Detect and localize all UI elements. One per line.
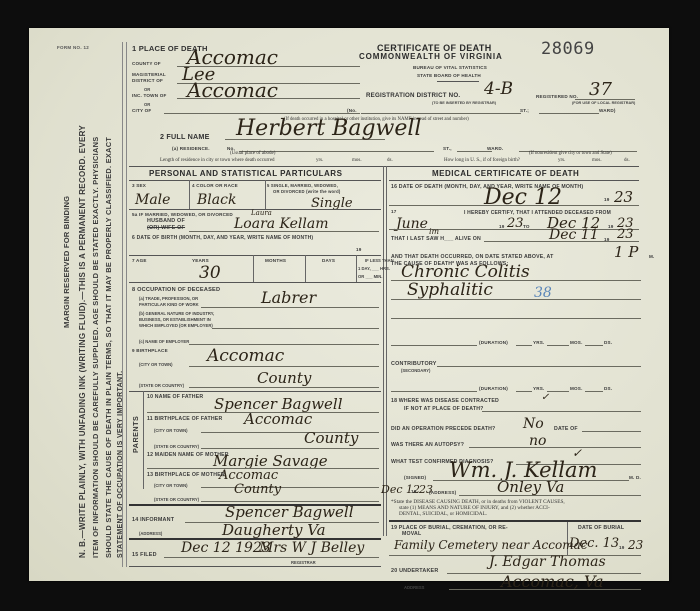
registrar-signature: Mrs W J Belley [259,540,364,556]
duration-ds-2: DS. [604,386,612,391]
personal-header-rule [129,180,381,181]
cause-line-rule [391,299,641,300]
birthplace-city-line [189,366,379,367]
birthplace-state-value: County [257,369,311,387]
residence-st-line [457,151,492,152]
instructions-line-2: ITEM OF INFORMATION SHOULD BE CAREFULLY … [91,137,100,558]
row-rule [129,391,381,392]
occupation-line [201,307,379,308]
informant-address-label: (ADDRESS) [139,531,162,536]
city-label: CITY OF [132,108,151,113]
district-label: DISTRICT OF [132,78,163,83]
mother-bp-city-value: Accomac [219,468,278,483]
duration-mos-line [547,345,569,346]
days-label: DAYS [322,258,335,263]
duration-mos: MOS. [570,340,583,345]
us-yrs: yrs. [558,158,565,163]
ward-line [539,113,599,114]
margin-rule [122,42,123,567]
filed-label: 15 FILED [132,552,157,558]
mother-bp-city-label: (CITY OR TOWN) [154,483,188,488]
occupation-label: 8 OCCUPATION OF DECEASED [132,287,220,293]
reg-district-value: 4-B [484,79,513,99]
occupation-value: Labrer [261,288,316,307]
dob-label: 6 DATE OF BIRTH (MONTH, DAY, AND YEAR, W… [132,235,313,241]
industry-line [212,328,379,329]
us-residence-label: How long in U. S., if of foreign birth? [444,158,520,163]
father-name-label: 10 NAME OF FATHER [147,394,203,400]
father-bp-city-label: (CITY OR TOWN) [154,428,188,433]
magisterial-label: MAGISTERIAL [132,72,166,77]
column-divider [383,166,384,536]
informant-label: 14 INFORMANT [132,517,174,523]
residence-label: (a) RESIDENCE. [172,146,210,151]
duration-mos-line [547,391,569,392]
autopsy-line [469,447,641,448]
last-saw-year: 23 [617,227,634,242]
header-divider [437,81,479,82]
sex-value: Male [135,192,170,208]
length-yrs: yrs. [316,158,323,163]
inc-town-label: INC. TOWN OF [132,93,166,98]
birthplace-label: 9 BIRTHPLACE [132,348,168,353]
filed-date-value: Dec 12 1923 [181,540,271,556]
undertaker-address-label: ADDRESS [404,585,424,590]
us-ds: ds. [624,158,630,163]
section-top-rule [129,166,639,167]
dod-value: Dec 12 [484,185,562,210]
dod-year-value: 23 [614,188,633,206]
occ-business-label: BUSINESS, OR ESTABLISHMENT IN [139,317,211,322]
employer-line [189,344,379,345]
residence-note: (Usual place of abode) [230,151,275,156]
cell-divider [356,255,357,282]
operation-date-line [582,431,641,432]
last-saw-line [484,241,639,242]
burial-place-label-2: MOVAL [402,531,421,537]
duration-label-2: (DURATION) [479,386,508,391]
footnote-line-3: DENTAL, SUICIDAL, or HOMICIDAL. [399,511,487,517]
father-bp-state-label: (STATE OR COUNTRY) [154,444,199,449]
burial-date-value: Dec. 13 [569,536,619,551]
duration-ds: DS. [604,340,612,345]
dod-year-prefix: 19 [604,197,610,202]
personal-section-title: PERSONAL AND STATISTICAL PARTICULARS [149,169,342,178]
occ-industry-label: (b) GENERAL NATURE OF INDUSTRY, [139,311,214,316]
duration-yrs-2: YRS. [533,386,545,391]
certificate-number: 28069 [541,39,595,59]
us-mos: mos. [592,158,602,163]
spouse-line [189,231,379,232]
bottom-rule [129,566,381,567]
birthplace-state-label: (STATE OR COUNTRY) [139,383,184,388]
secondary-label: (SECONDARY) [401,368,430,373]
duration-mos-2: MOS. [570,386,583,391]
contracted-label-2: IF NOT AT PLACE OF DEATH? [404,406,484,412]
certify-number: 17 [391,209,397,214]
street-no-label: (No. [347,108,357,113]
registered-label: REGISTERED NO. [536,94,578,99]
contributory-line [437,366,641,367]
registrar-label: REGISTRAR [291,560,316,565]
binding-margin: FORM NO. 12 MARGIN RESERVED FOR BINDING … [29,28,124,581]
nonresident-note: (If nonresident give city or town and St… [529,151,612,156]
contributory-label: CONTRIBUTORY [391,361,437,367]
physician-address-value: Onley Va [497,478,564,496]
informant-address-value: Daugherty Va [222,521,326,539]
duration-ds-line [585,391,603,392]
mother-birthplace-label: 13 BIRTHPLACE OF MOTHER [147,472,225,478]
duration-line [391,391,477,392]
city-line [164,113,360,114]
death-certificate: FORM NO. 12 MARGIN RESERVED FOR BINDING … [29,28,669,581]
dod-line [389,205,639,206]
section-rule [389,520,641,522]
row-rule [129,255,381,256]
cause-line-rule [391,318,641,319]
margin-reserved-note: MARGIN RESERVED FOR BINDING [62,196,71,328]
informant-value: Spencer Bagwell [225,503,354,521]
parents-divider [143,391,144,489]
undertaker-value: J. Edgar Thomas [489,554,606,570]
color-value: Black [197,192,236,208]
burial-year-prefix: 19 [619,545,625,550]
physician-address-line [459,495,641,496]
attended-line [389,229,639,230]
father-bp-state-value: County [304,429,358,447]
bureau-label: BUREAU OF VITAL STATISTICS [413,65,487,70]
duration-yrs-line [516,391,532,392]
signed-label: (SIGNED) [404,475,426,480]
cell-divider [253,255,254,282]
length-mos: mos. [352,158,362,163]
or-label: OR [144,102,150,107]
occ-trade-label: (a) TRADE, PROFESSION, OR [139,296,198,301]
registered-value: 37 [589,79,612,100]
md-label: M. D. [629,475,641,480]
husband-of-label: HUSBAND OF [147,218,185,224]
column-divider [386,166,387,536]
less-hrs-label: 1 DAY, ___ HRS. [358,266,390,271]
inc-town-value: Accomac [187,78,278,102]
birthplace-city-value: Accomac [207,346,284,366]
form-number: FORM NO. 12 [57,45,89,50]
contracted-label: 18 WHERE WAS DISEASE CONTRACTED [391,398,499,404]
father-birthplace-label: 11 BIRTHPLACE OF FATHER [147,416,222,422]
occ-employer-label: (c) NAME OF EMPLOYER [139,339,189,344]
less-than-label: IF LESS THAN [365,258,394,263]
residence-ward-label: WARD. [487,146,503,151]
father-bp-state-line [201,448,379,449]
filed-line [164,557,379,558]
full-name-value: Herbert Bagwell [236,116,421,141]
duration-yrs: YRS. [533,340,545,345]
months-label: MONTHS [265,258,286,263]
reg-district-label: REGISTRATION DISTRICT NO. [366,92,460,99]
medical-header-rule [389,180,639,181]
m-label: M. [649,254,655,259]
age-label: 7 AGE [132,258,147,263]
mother-bp-state-line [201,501,379,502]
autopsy-label: WAS THERE AN AUTOPSY? [391,442,464,448]
signed-year-prefix: 19 [411,489,417,494]
duration-ds-line [585,345,603,346]
margin-rule [126,42,127,567]
length-residence-label: Length of residence in city or town wher… [160,158,275,163]
occurred-label: AND THAT DEATH OCCURRED, ON DATE STATED … [391,254,553,260]
registered-note: (FOR USE OF LOCAL REGISTRAR) [572,101,635,105]
cause-line-1: Chronic Colitis [401,262,530,282]
age-years-value: 30 [199,263,221,283]
father-bp-city-value: Accomac [244,410,312,428]
duration-label: (DURATION) [479,340,508,345]
occ-kind-label: PARTICULAR KIND OF WORK [139,302,199,307]
birthplace-city-label: (CITY OR TOWN) [139,362,173,367]
contracted-line [482,411,641,412]
medical-section-title: MEDICAL CERTIFICATE OF DEATH [432,169,579,178]
cell-divider [265,180,266,209]
instructions-line-3: SHOULD STATE THE CAUSE OF DEATH IN PLAIN… [104,137,113,558]
dob-year-prefix: 19 [356,247,362,252]
wife-of-label: (OR) WIFE OF [147,225,185,231]
street-line [361,113,521,114]
length-ds: ds. [387,158,393,163]
burial-place-value: Family Cemetery near Accomac [394,538,587,552]
contracted-mark: ✓ [541,392,549,403]
mother-bp-city-line [201,487,379,488]
mother-bp-state-label: (STATE OR COUNTRY) [154,497,199,502]
mother-bp-state-value: County [234,482,281,497]
sex-label: 3 SEX [132,183,146,188]
occurred-time-value: 1 P [614,243,638,261]
full-name-label: 2 FULL NAME [160,132,210,141]
spouse-label: 5a IF MARRIED, WIDOWED, OR DIVORCED [132,212,233,217]
residence-st-label: ST., [443,146,452,151]
cell-divider [189,180,190,209]
birthplace-state-line [189,387,379,388]
cell-divider [305,255,306,282]
operation-value: No [523,416,544,432]
color-label: 4 COLOR OR RACE [192,183,238,188]
undertaker-label: 20 UNDERTAKER [391,568,438,574]
cause-line-2: Syphalitic [407,280,493,300]
duration-line [391,345,477,346]
burial-year: 23 [628,538,643,552]
certificate-subtitle: COMMONWEALTH OF VIRGINIA [359,52,503,61]
duration-yrs-line [516,345,532,346]
reg-district-note: (TO BE INSERTED BY REGISTRAR) [432,101,496,105]
board-label: STATE BOARD OF HEALTH [417,73,481,78]
instructions-line-1: N. B.—WRITE PLAINLY, WITH UNFADING INK (… [78,125,87,558]
date-of-label: DATE OF [554,426,578,432]
last-saw-label: THAT I LAST SAW H___ ALIVE ON [391,236,481,242]
row-rule [129,282,381,283]
burial-date-label: DATE OF BURIAL [578,525,624,531]
county-label: COUNTY OF [132,61,161,66]
ward-label: WARD) [599,108,616,113]
last-saw-pronoun: im [429,227,439,236]
occ-employed-label: WHICH EMPLOYED (OR EMPLOYER) [139,323,213,328]
parents-side-label: PARENTS [131,416,140,453]
marital-label: 5 SINGLE, MARRIED, WIDOWED, [267,183,338,188]
street-label: ST.; [520,108,529,113]
physician-address-label: (ADDRESS) [429,490,456,495]
undertaker-address-line [449,589,641,590]
operation-label: DID AN OPERATION PRECEDE DEATH? [391,426,495,432]
or-label: OR [144,87,150,92]
less-min-label: OR ___ MIN. [358,274,382,279]
marital-label-2: OR DIVORCED (write the word) [273,189,340,194]
spouse-value: Loara Kellam [234,216,329,232]
